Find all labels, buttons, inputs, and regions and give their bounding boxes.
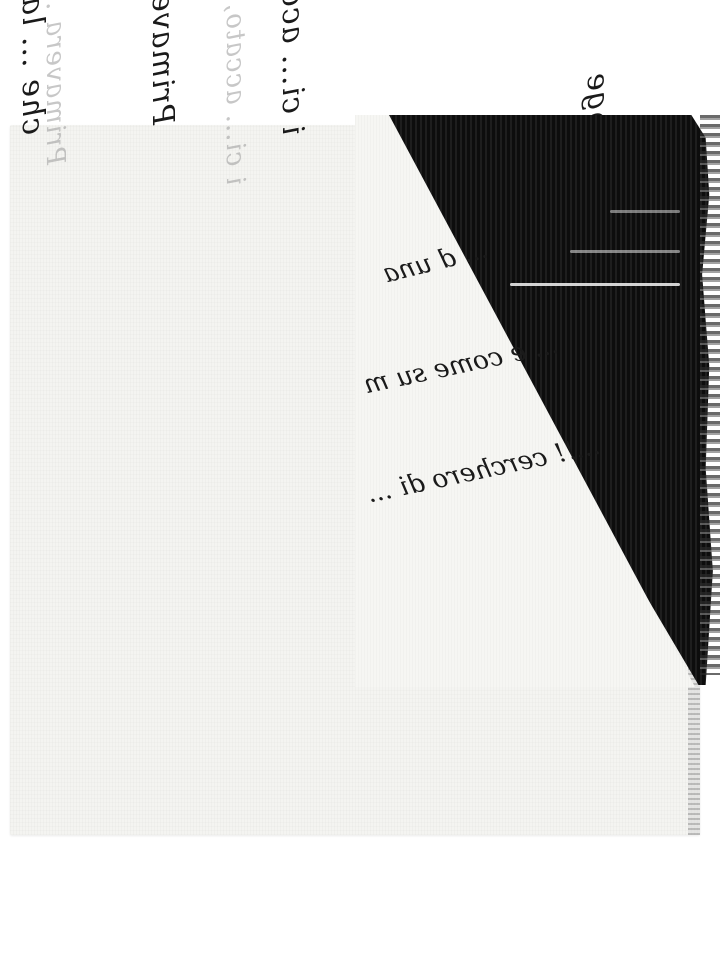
script-column-2: Primavera ... quando di sinio di le è: [145, 0, 180, 125]
script-column-1: che ... la nimica per ... ille le nne pe…: [15, 0, 50, 135]
script-column-3: i ci... accato, per tico, di virtuosità,: [275, 0, 310, 135]
wavy-stripe: [570, 250, 680, 253]
frayed-edge-black: [700, 115, 720, 675]
ghost-script: i ci... accato, per tico, di virtuosità,: [220, 0, 250, 185]
wavy-stripe: [510, 283, 680, 286]
scarf: Primavera ... quando di sinio di le è ch…: [10, 125, 700, 835]
wavy-stripe: [610, 210, 680, 213]
